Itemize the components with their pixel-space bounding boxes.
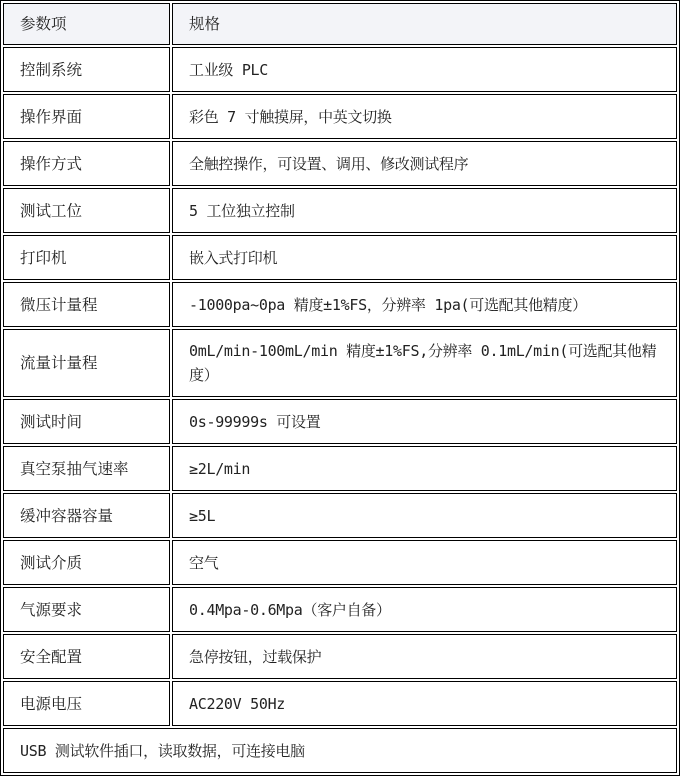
header-spec: 规格 <box>172 3 677 45</box>
table-footer-row: USB 测试软件插口，读取数据，可连接电脑 <box>3 728 677 773</box>
table-row: 测试介质 空气 <box>3 540 677 585</box>
spec-table: 参数项 规格 控制系统 工业级 PLC 操作界面 彩色 7 寸触摸屏，中英文切换… <box>0 0 680 776</box>
param-cell: 控制系统 <box>3 47 170 92</box>
spec-cell: 0mL/min-100mL/min 精度±1%FS,分辨率 0.1mL/min(… <box>172 329 677 397</box>
table-row: 微压计量程 -1000pa~0pa 精度±1%FS，分辨率 1pa(可选配其他精… <box>3 282 677 327</box>
param-cell: 测试工位 <box>3 188 170 233</box>
table-row: 打印机 嵌入式打印机 <box>3 235 677 280</box>
table-row: 测试时间 0s-99999s 可设置 <box>3 399 677 444</box>
spec-cell: 急停按钮，过载保护 <box>172 634 677 679</box>
spec-cell: 0s-99999s 可设置 <box>172 399 677 444</box>
spec-cell: 空气 <box>172 540 677 585</box>
param-cell: 流量计量程 <box>3 329 170 397</box>
spec-cell: 5 工位独立控制 <box>172 188 677 233</box>
param-cell: 操作方式 <box>3 141 170 186</box>
table-row: 安全配置 急停按钮，过载保护 <box>3 634 677 679</box>
table-row: 缓冲容器容量 ≥5L <box>3 493 677 538</box>
table-row: 控制系统 工业级 PLC <box>3 47 677 92</box>
spec-cell: -1000pa~0pa 精度±1%FS，分辨率 1pa(可选配其他精度） <box>172 282 677 327</box>
table-row: 测试工位 5 工位独立控制 <box>3 188 677 233</box>
spec-cell: 彩色 7 寸触摸屏，中英文切换 <box>172 94 677 139</box>
spec-cell: ≥2L/min <box>172 446 677 491</box>
table-row: 电源电压 AC220V 50Hz <box>3 681 677 726</box>
table-row: 气源要求 0.4Mpa-0.6Mpa（客户自备） <box>3 587 677 632</box>
table-row: 流量计量程 0mL/min-100mL/min 精度±1%FS,分辨率 0.1m… <box>3 329 677 397</box>
table-row: 操作方式 全触控操作，可设置、调用、修改测试程序 <box>3 141 677 186</box>
table-row: 操作界面 彩色 7 寸触摸屏，中英文切换 <box>3 94 677 139</box>
spec-cell: 嵌入式打印机 <box>172 235 677 280</box>
param-cell: 微压计量程 <box>3 282 170 327</box>
spec-cell: 0.4Mpa-0.6Mpa（客户自备） <box>172 587 677 632</box>
param-cell: 气源要求 <box>3 587 170 632</box>
param-cell: 电源电压 <box>3 681 170 726</box>
spec-cell: 工业级 PLC <box>172 47 677 92</box>
param-cell: 安全配置 <box>3 634 170 679</box>
footer-note: USB 测试软件插口，读取数据，可连接电脑 <box>3 728 677 773</box>
param-cell: 操作界面 <box>3 94 170 139</box>
param-cell: 缓冲容器容量 <box>3 493 170 538</box>
spec-cell: ≥5L <box>172 493 677 538</box>
table-header-row: 参数项 规格 <box>3 3 677 45</box>
param-cell: 打印机 <box>3 235 170 280</box>
spec-cell: AC220V 50Hz <box>172 681 677 726</box>
spec-cell: 全触控操作，可设置、调用、修改测试程序 <box>172 141 677 186</box>
table-row: 真空泵抽气速率 ≥2L/min <box>3 446 677 491</box>
param-cell: 测试时间 <box>3 399 170 444</box>
param-cell: 真空泵抽气速率 <box>3 446 170 491</box>
header-param: 参数项 <box>3 3 170 45</box>
param-cell: 测试介质 <box>3 540 170 585</box>
